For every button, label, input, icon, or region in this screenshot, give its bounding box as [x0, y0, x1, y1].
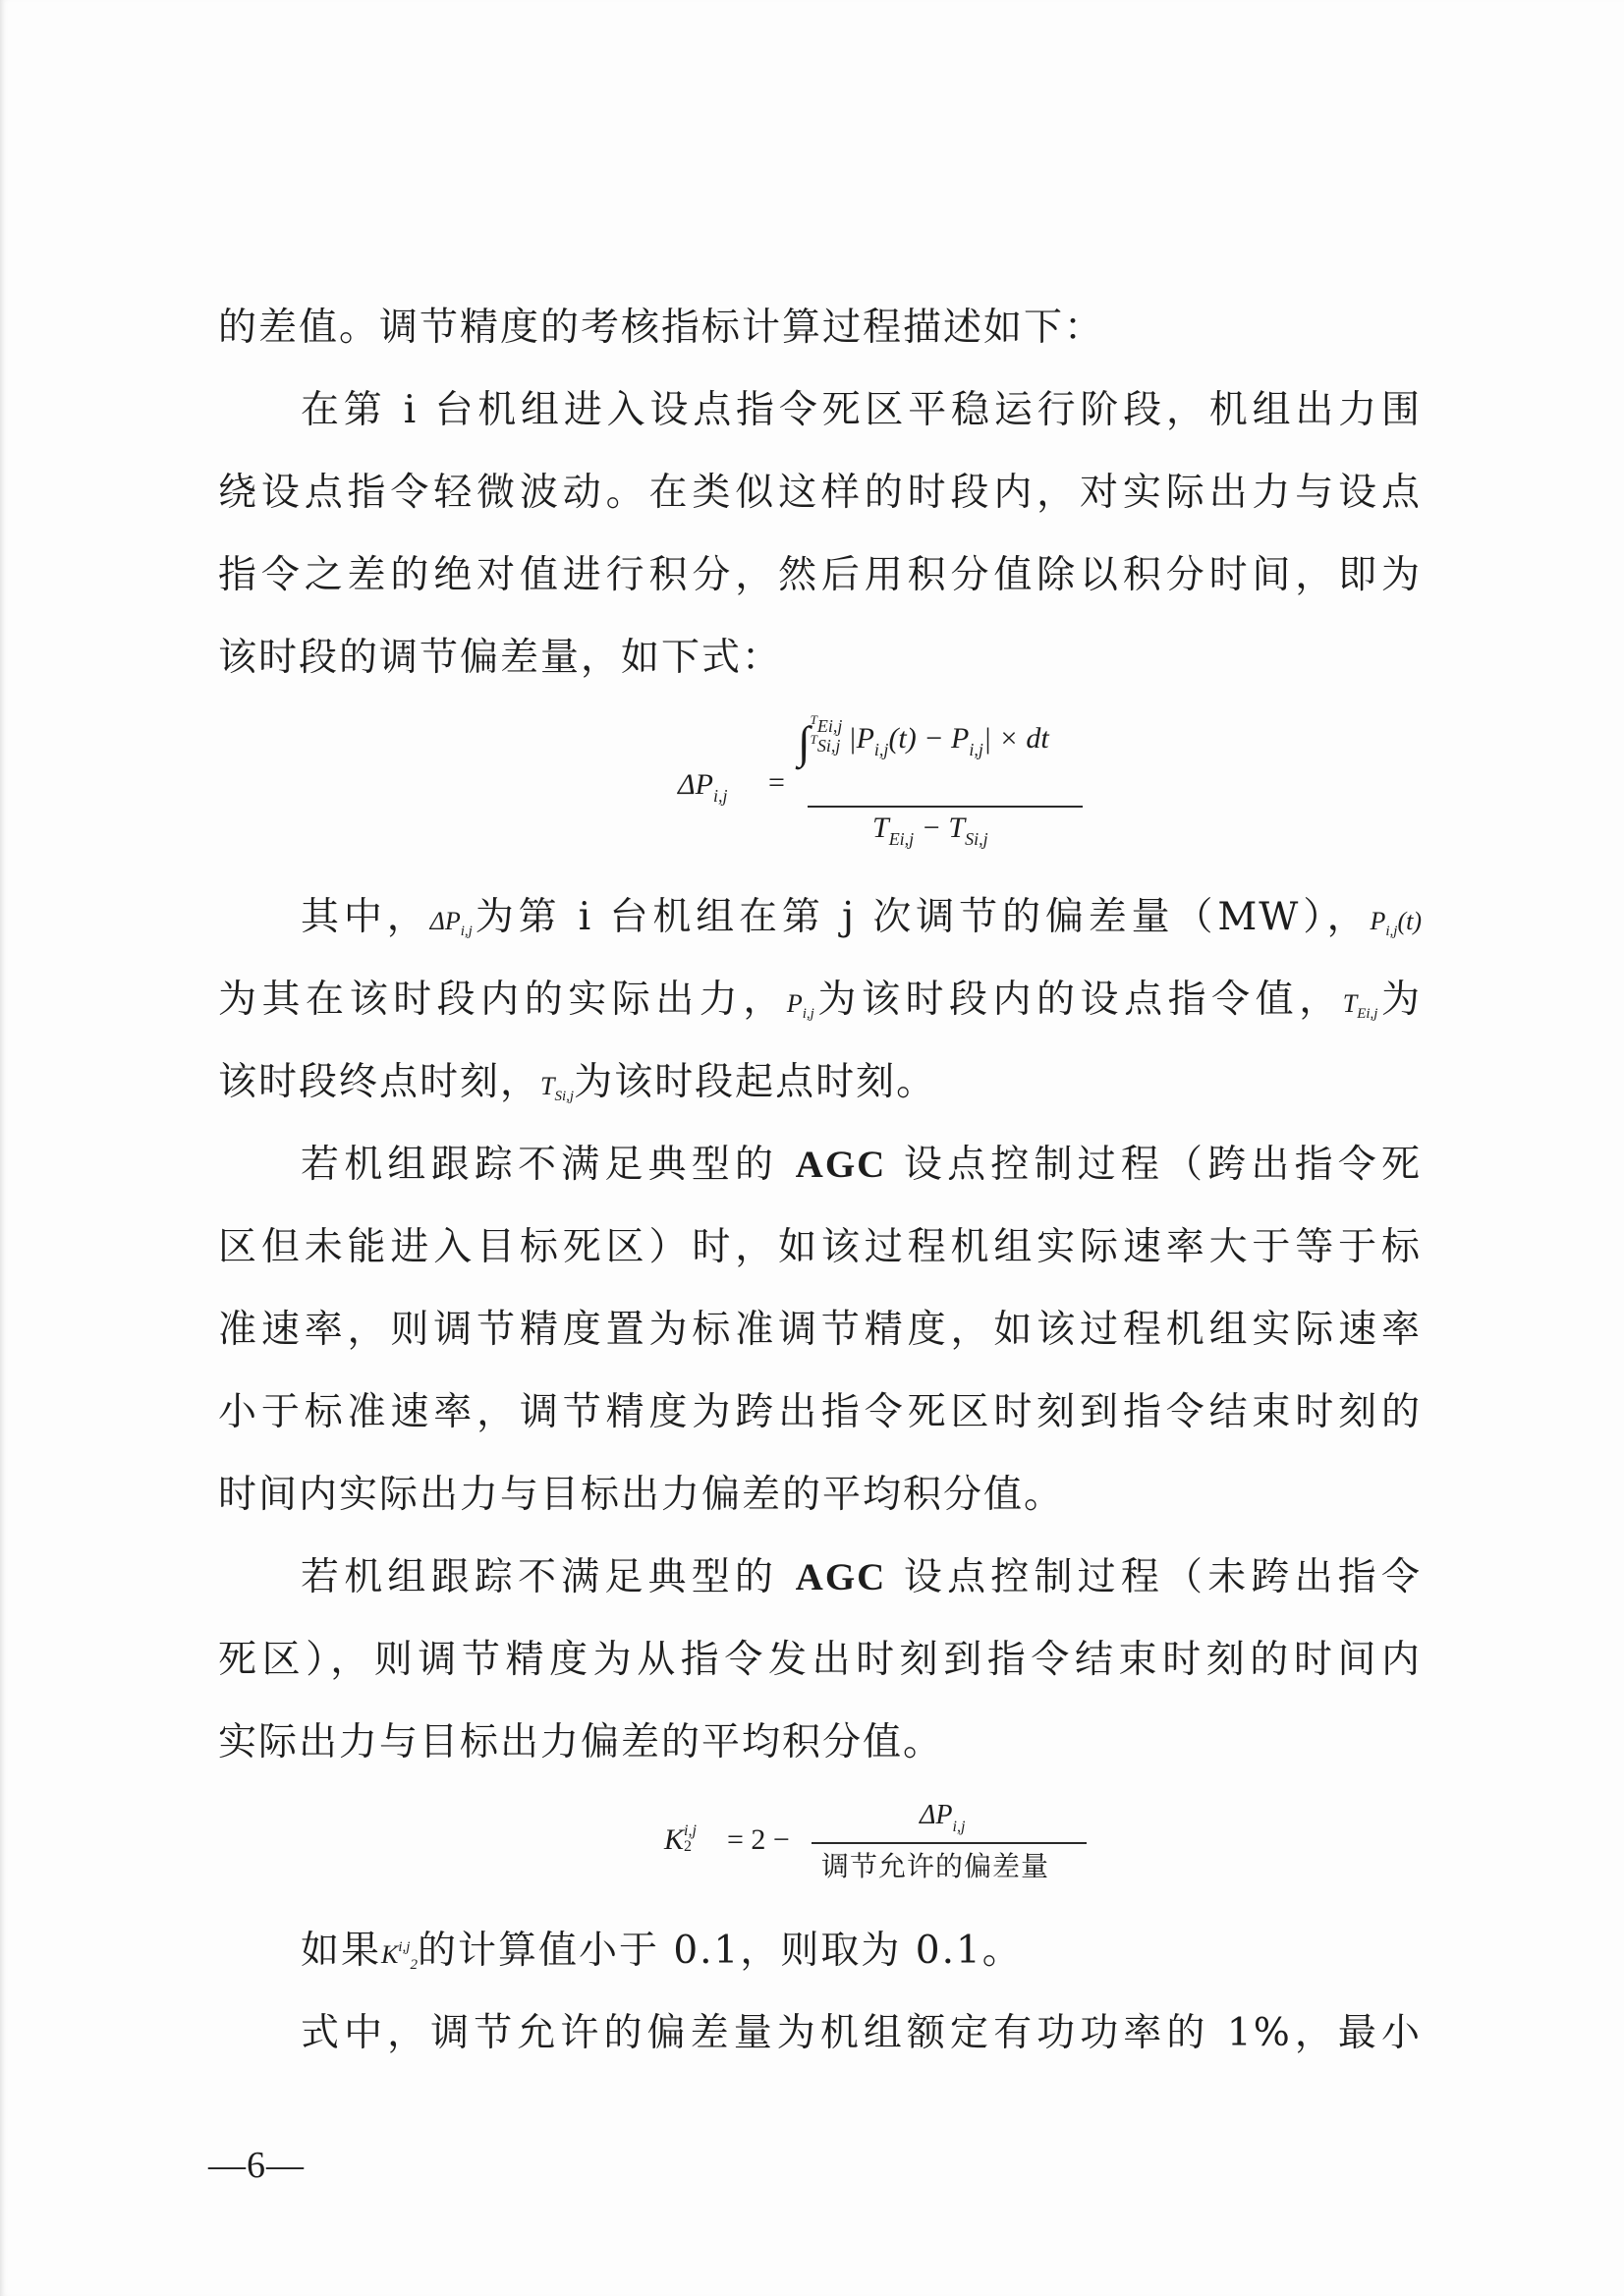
text-line: 实际出力与目标出力偏差的平均积分值。 — [218, 1719, 1422, 1766]
text-line: 时间内实际出力与目标出力偏差的平均积分值。 — [218, 1472, 1422, 1519]
formula-denominator: TEi,j − TSi,j — [872, 812, 988, 850]
formula-lhs: Ki,j2 — [664, 1823, 697, 1857]
definition-line: 该时段终点时刻，TSi,j为该时段起点时刻。 — [218, 1059, 1422, 1120]
text-line: 在第 i 台机组进入设点指令死区平稳运行阶段，机组出力围 — [301, 387, 1422, 434]
text-line: 小于标准速率，调节精度为跨出指令死区时刻到指令结束时刻的 — [218, 1389, 1422, 1436]
formula-numerator: ΔPi,j — [920, 1800, 965, 1836]
text-line: 若机组跟踪不满足典型的 AGC 设点控制过程（未跨出指令 — [301, 1554, 1422, 1601]
definition-line: 其中，ΔPi,j为第 i 台机组在第 j 次调节的偏差量（MW），Pi,j(t) — [301, 894, 1422, 955]
fraction-bar — [808, 806, 1083, 808]
formula-rest: = 2 − — [727, 1823, 790, 1857]
text-line: 式中，调节允许的偏差量为机组额定有功功率的 1%，最小 — [301, 2010, 1422, 2057]
formula-numerator: ∫TEi,jTSi,j|Pi,j(t) − Pi,j| × dt — [798, 713, 1049, 768]
formula-lhs: ΔPi,j — [678, 768, 727, 807]
text-line: 的差值。调节精度的考核指标计算过程描述如下： — [218, 305, 1422, 352]
formula-deviation: ΔPi,j = ∫TEi,jTSi,j|Pi,j(t) − Pi,j| × dt… — [678, 707, 1091, 835]
formula-denominator: 调节允许的偏差量 — [821, 1845, 1049, 1884]
text-line: 准速率，则调节精度置为标准调节精度，如该过程机组实际速率 — [218, 1307, 1422, 1354]
fraction-bar — [812, 1842, 1087, 1844]
integral-sign: ∫ — [798, 717, 811, 767]
formula-equals: = — [768, 766, 785, 800]
rule-line: 如果Ki,j2的计算值小于 0.1，则取为 0.1。 — [301, 1924, 1422, 1988]
page-number: —6— — [208, 2144, 305, 2187]
integral-limits: TEi,jTSi,j — [811, 713, 843, 753]
text-line: 指令之差的绝对值进行积分，然后用积分值除以积分时间，即为 — [218, 552, 1422, 599]
formula-k2: Ki,j2 = 2 − ΔPi,j 调节允许的偏差量 — [664, 1806, 1077, 1904]
text-line: 死区），则调节精度为从指令发出时刻到指令结束时刻的时间内 — [218, 1637, 1422, 1684]
text-line: 绕设点指令轻微波动。在类似这样的时段内，对实际出力与设点 — [218, 470, 1422, 517]
text-line: 该时段的调节偏差量，如下式： — [218, 635, 1422, 682]
definition-line: 为其在该时段内的实际出力，Pi,j为该时段内的设点指令值，TEi,j为 — [218, 977, 1422, 1037]
text-line: 若机组跟踪不满足典型的 AGC 设点控制过程（跨出指令死 — [301, 1142, 1422, 1189]
text-line: 区但未能进入目标死区）时，如该过程机组实际速率大于等于标 — [218, 1224, 1422, 1271]
